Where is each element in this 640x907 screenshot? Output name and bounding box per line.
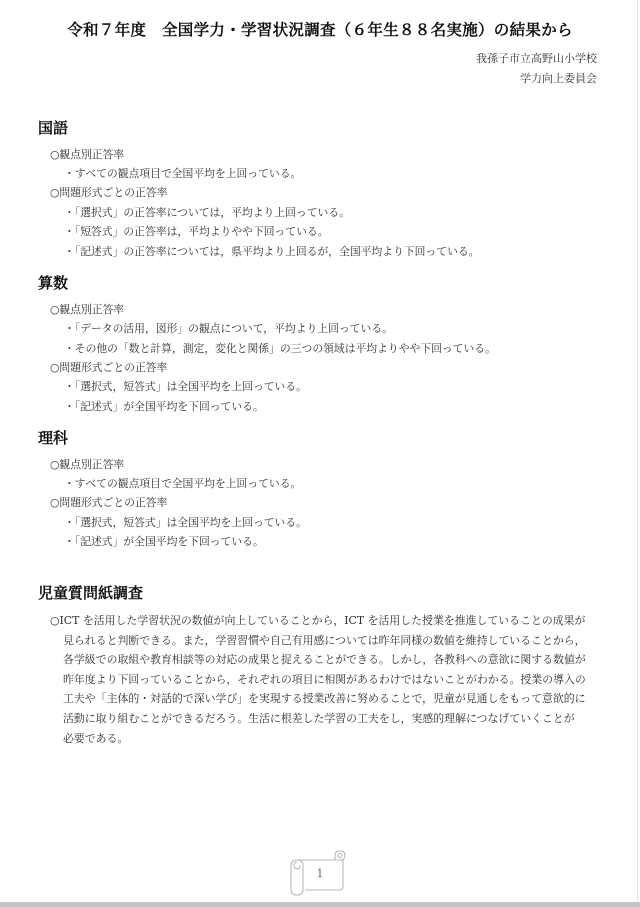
list-item: ・すべての観点項目で全国平均を上回っている。 bbox=[64, 166, 301, 181]
paragraph-line: ○ICT を活用した学習状況の数値が向上していることから，ICT を活用した授業… bbox=[50, 611, 606, 631]
survey-paragraph: ○ICT を活用した学習状況の数値が向上していることから，ICT を活用した授業… bbox=[50, 611, 606, 748]
document-page: 令和７年度 全国学力・学習状況調査（６年生８８名実施）の結果から 我孫子市立高野… bbox=[0, 0, 638, 902]
group-label: ○問題形式ごとの正答率 bbox=[50, 185, 167, 200]
group-label: ○観点別正答率 bbox=[50, 302, 124, 317]
document-title: 令和７年度 全国学力・学習状況調査（６年生８８名実施）の結果から bbox=[0, 18, 640, 40]
list-item: ・その他の「数と計算，測定，変化と関係」の三つの領域は平均よりやや下回っている。 bbox=[64, 341, 496, 356]
group-label: ○問題形式ごとの正答率 bbox=[50, 495, 167, 510]
section-heading-japanese: 国語 bbox=[38, 117, 68, 138]
list-item: ・「選択式，短答式」は全国平均を上回っている。 bbox=[64, 379, 307, 394]
list-item: ・「選択式，短答式」は全国平均を上回っている。 bbox=[64, 515, 307, 530]
section-heading-science: 理科 bbox=[38, 427, 68, 448]
list-item: ・「記述式」の正答率については，県平均より上回るが，全国平均より下回っている。 bbox=[64, 244, 479, 259]
section-heading-math: 算数 bbox=[38, 272, 68, 293]
group-label: ○観点別正答率 bbox=[50, 147, 124, 162]
list-item: ・すべての観点項目で全国平均を上回っている。 bbox=[64, 476, 301, 491]
section-heading-survey: 児童質問紙調査 bbox=[38, 582, 143, 603]
paragraph-line: 活動に取り組むことができるだろう。生活に根差した学習の工夫をし，実感的理解につな… bbox=[50, 709, 606, 729]
committee-name: 学力向上委員会 bbox=[520, 70, 597, 86]
group-label: ○観点別正答率 bbox=[50, 457, 124, 472]
page-number: 1 bbox=[310, 867, 330, 880]
paragraph-line: 昨年度より下回っていることから，それぞれの項目に相関があるわけではないことがわか… bbox=[50, 670, 606, 690]
list-item: ・「データの活用，図形」の観点について，平均より上回っている。 bbox=[64, 321, 393, 336]
page-bottom-edge bbox=[0, 902, 640, 907]
school-name: 我孫子市立高野山小学校 bbox=[476, 50, 597, 66]
list-item: ・「選択式」の正答率については，平均より上回っている。 bbox=[64, 205, 350, 220]
list-item: ・「記述式」が全国平均を下回っている。 bbox=[64, 399, 264, 414]
paragraph-line: 工夫や「主体的・対話的で深い学び」を実現する授業改善に努めることで，児童が見通し… bbox=[50, 689, 606, 709]
paragraph-line: 必要である。 bbox=[50, 729, 606, 749]
group-label: ○問題形式ごとの正答率 bbox=[50, 360, 167, 375]
paragraph-line: 各学級での取組や教育相談等の対応の成果と捉えることができる。しかし，各教科への意… bbox=[50, 650, 606, 670]
paragraph-line: 見られると判断できる。また，学習習慣や自己有用感については昨年同様の数値を維持し… bbox=[50, 631, 606, 651]
list-item: ・「短答式」の正答率は，平均よりやや下回っている。 bbox=[64, 224, 329, 239]
list-item: ・「記述式」が全国平均を下回っている。 bbox=[64, 534, 264, 549]
